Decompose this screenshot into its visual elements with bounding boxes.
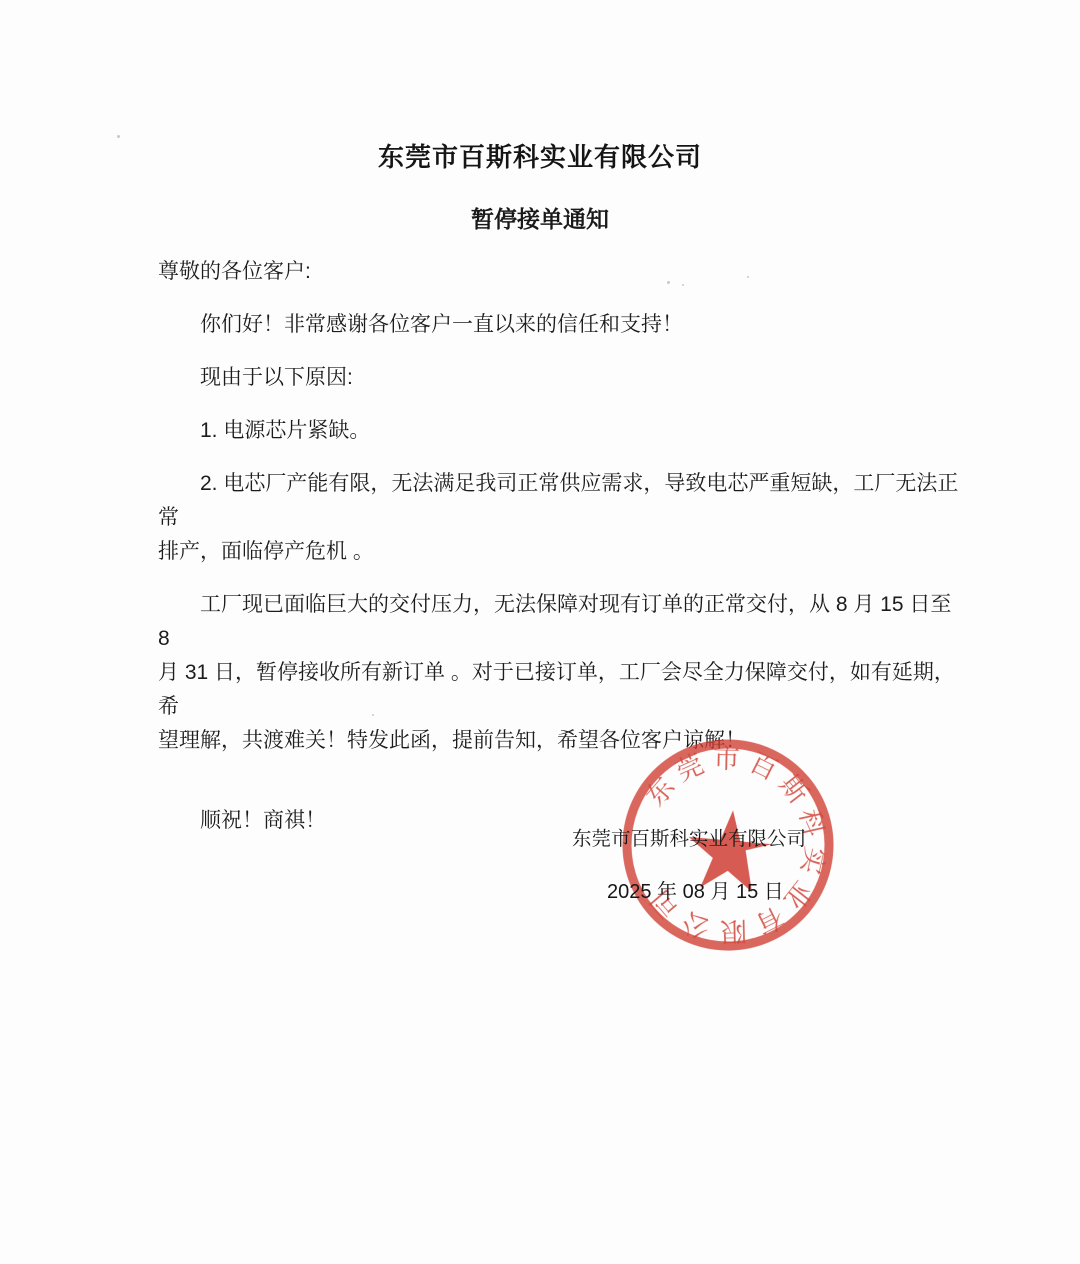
paragraph-reason-intro: 现由于以下原因: [158, 361, 968, 395]
signature-company: 东莞市百斯科实业有限公司 [572, 823, 806, 851]
scan-speck [372, 714, 374, 716]
scan-speck [117, 135, 120, 138]
paragraph-main: 工厂现已面临巨大的交付压力，无法保障对现有订单的正常交付，从 8 月 15 日至… [158, 588, 968, 758]
notice-title: 暂停接单通知 [0, 201, 1080, 234]
paragraph-greeting: 你们好！非常感谢各位客户一直以来的信任和支持！ [158, 308, 968, 342]
reason-item-1: 1. 电源芯片紧缺。 [158, 414, 968, 448]
closing-wish: 顺祝！商祺！ [158, 804, 968, 838]
signature-date: 2025 年 08 月 15 日 [607, 875, 784, 904]
scan-speck [682, 284, 684, 286]
scan-speck [667, 281, 670, 284]
scanned-notice-document: 东莞市百斯科实业有限公司 暂停接单通知 尊敬的各位客户: 你们好！非常感谢各位客… [0, 0, 1080, 1264]
scan-speck [747, 276, 749, 278]
page-title: 东莞市百斯科实业有限公司 [0, 137, 1080, 174]
salutation: 尊敬的各位客户: [158, 255, 968, 289]
reason-item-2: 2. 电芯厂产能有限，无法满足我司正常供应需求，导致电芯严重短缺，工厂无法正常 … [158, 467, 968, 569]
